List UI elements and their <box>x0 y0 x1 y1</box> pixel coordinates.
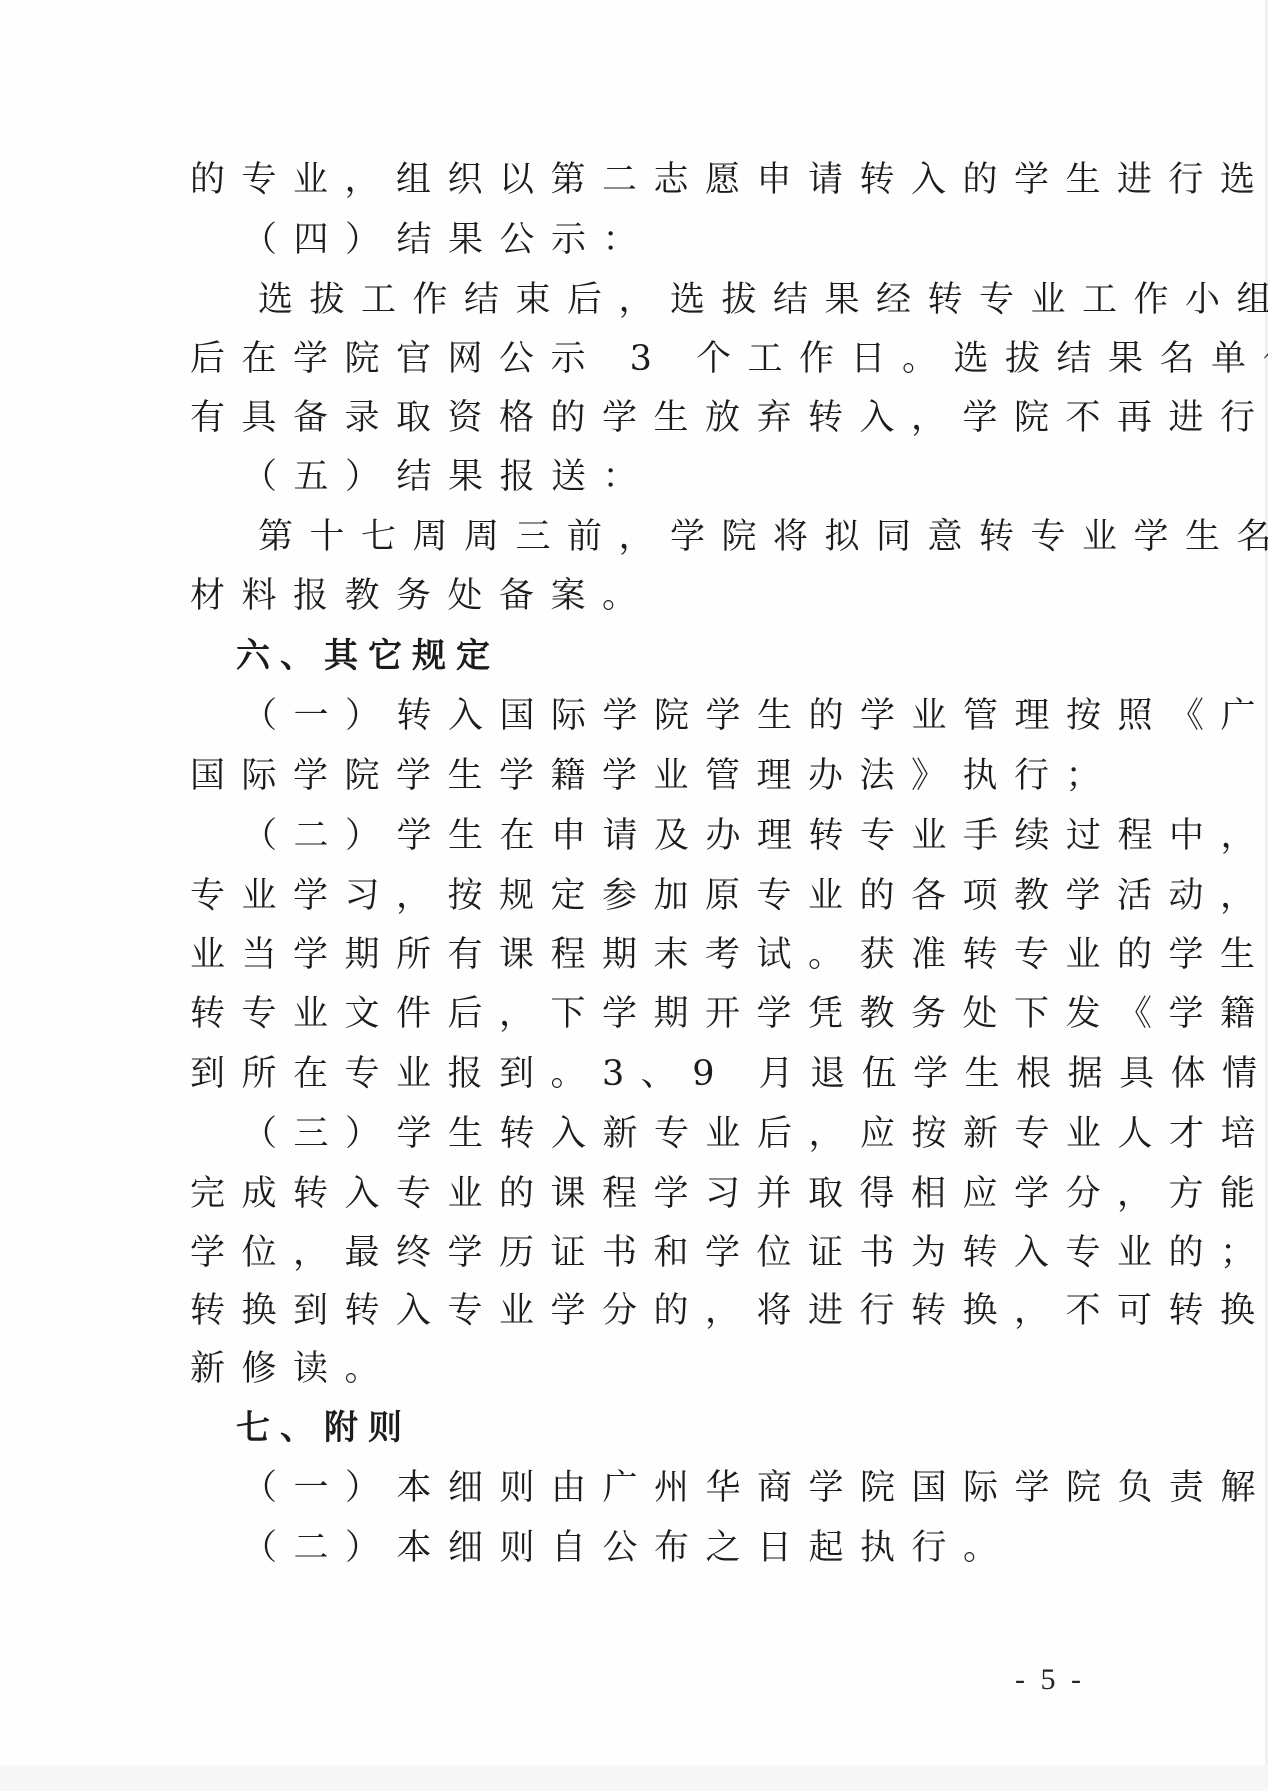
body-line: 第十七周周三前，学院将拟同意转专业学生名单及相关 <box>258 509 1158 565</box>
body-line: 转换到转入专业学分的，将进行转换，不可转换的学分需重 <box>190 1283 1090 1339</box>
body-line: 学位，最终学历证书和学位证书为转入专业的；原专业能够 <box>190 1225 1090 1281</box>
clause-line: （一）转入国际学院学生的学业管理按照《广州华商学院 <box>242 688 1142 744</box>
scan-edge-bottom <box>0 1765 1268 1791</box>
body-line: 有具备录取资格的学生放弃转入，学院不再进行补录。 <box>190 390 1090 446</box>
body-line: 新修读。 <box>190 1341 1090 1397</box>
body-line: 转专业文件后，下学期开学凭教务处下发《学籍变动通知单》 <box>190 986 1090 1042</box>
body-line: 业当学期所有课程期末考试。获准转专业的学生，收到正式 <box>190 927 1090 983</box>
clause-line: （一）本细则由广州华商学院国际学院负责解释。 <box>242 1460 1142 1516</box>
section-heading-supplementary: 七、附则 <box>236 1400 1136 1456</box>
body-line: 后在学院官网公示 3 个工作日。选拔结果名单公布后，若 <box>190 331 1090 387</box>
body-line: 专业学习，按规定参加原专业的各项教学活动，并参加原专 <box>190 868 1090 924</box>
body-line: 到所在专业报到。3、9 月退伍学生根据具体情况处理。 <box>190 1046 1090 1102</box>
page-number: - 5 - <box>1015 1660 1085 1700</box>
subheading-result-publicity: （四）结果公示： <box>242 212 1142 268</box>
subheading-result-submission: （五）结果报送： <box>242 449 1142 505</box>
body-line: 材料报教务处备案。 <box>190 568 1090 624</box>
clause-line: （二）学生在申请及办理转专业手续过程中，需继续在原 <box>242 808 1142 864</box>
clause-line: （三）学生转入新专业后，应按新专业人才培养方案规定 <box>242 1106 1142 1162</box>
body-line: 完成转入专业的课程学习并取得相应学分，方能毕业和取得 <box>190 1166 1090 1222</box>
clause-line: （二）本细则自公布之日起执行。 <box>242 1520 1142 1576</box>
body-line: 选拔工作结束后，选拔结果经转专业工作小组研究通过 <box>258 272 1158 328</box>
body-line: 国际学院学生学籍学业管理办法》执行； <box>190 748 1090 804</box>
section-heading-other-provisions: 六、其它规定 <box>236 628 1136 684</box>
body-line: 的专业，组织以第二志愿申请转入的学生进行选拔。 <box>190 152 1090 208</box>
